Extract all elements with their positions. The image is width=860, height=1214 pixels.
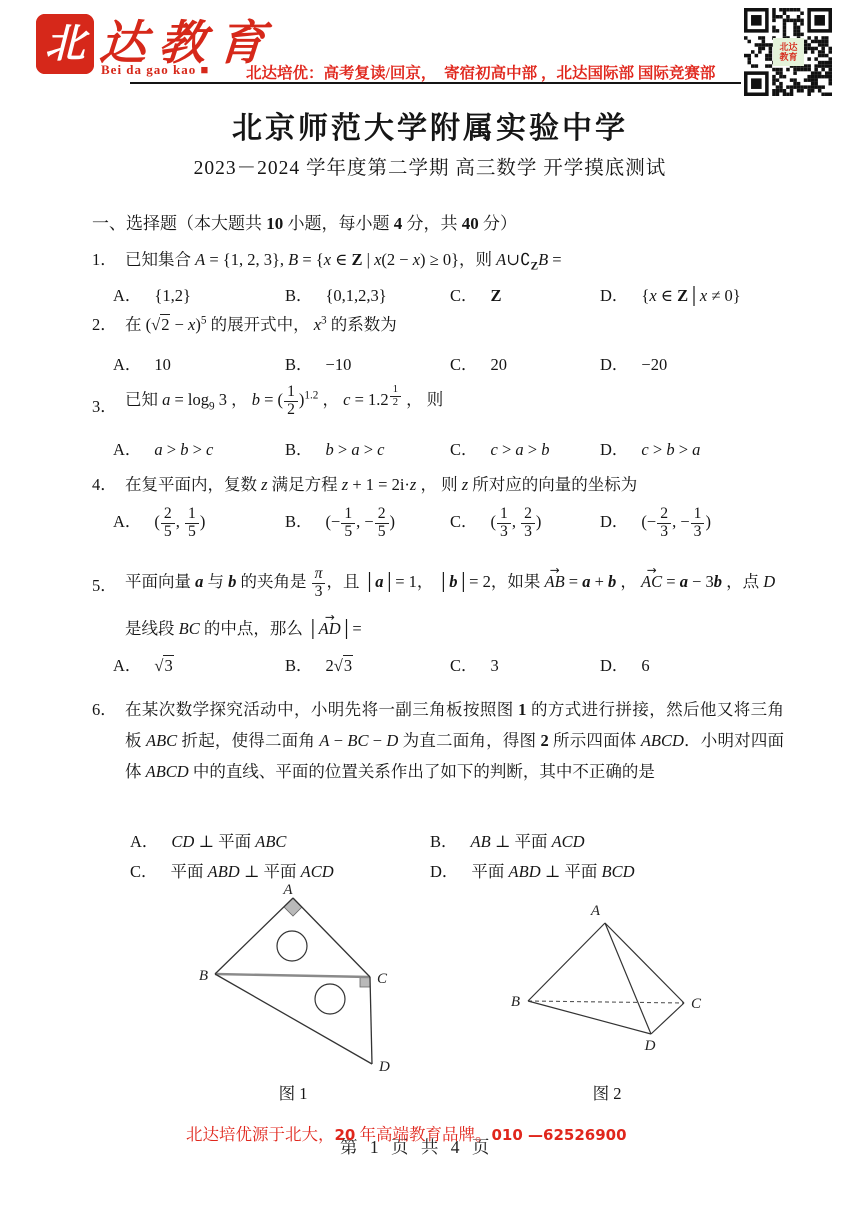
question-stem: 已知集合 A = {1, 2, 3}, B = {x ∈ Z | x(2 − x…: [92, 247, 784, 276]
option-label: B．: [285, 286, 313, 305]
option-label: D．: [600, 656, 628, 675]
option-text: (25, 15): [154, 512, 205, 531]
option-text: (−15, −25): [326, 512, 396, 531]
option-text: √3: [154, 655, 173, 675]
question-number: 6．: [92, 694, 117, 725]
vertex-label-c: C: [377, 971, 388, 987]
option-d: D．−20: [600, 351, 667, 375]
school-title: 北京师范大学附属实验中学: [0, 103, 860, 147]
option-d: D．{x ∈ Z│x ≠ 0}: [600, 282, 741, 306]
option-c: C．20: [450, 351, 507, 375]
option-b: B．−10: [285, 351, 351, 375]
vertex-label-c: C: [691, 996, 702, 1012]
option-c: C．c > a > b: [450, 436, 549, 460]
qr-label-line2: 教育: [779, 52, 797, 62]
question-stem: 在某次数学探究活动中，小明先将一副三角板按照图 1 的方式进行拼接，然后他又将三…: [92, 694, 784, 787]
option-text: {1,2}: [154, 286, 190, 305]
option-label: C．: [450, 512, 478, 531]
option-d: D．6: [600, 652, 650, 676]
brand-seal-logo: 北: [36, 14, 94, 74]
option-text: 10: [154, 355, 171, 374]
question-2-options: A．10 B．−10 C．20 D．−20: [92, 351, 802, 385]
option-label: D．: [600, 512, 628, 531]
option-label: A．: [113, 286, 141, 305]
question-1-options: A．{1,2} B．{0,1,2,3} C．Z D．{x ∈ Z│x ≠ 0}: [92, 282, 802, 316]
option-label: C．: [130, 862, 158, 881]
option-text: b > a > c: [326, 440, 385, 459]
option-d: D．c > b > a: [600, 436, 700, 460]
option-label: D．: [600, 440, 628, 459]
option-label: A．: [113, 355, 141, 374]
seal-character: 北: [45, 24, 85, 64]
question-2: 2． 在 (√2 − x)5 的展开式中， x3 的系数为: [92, 312, 784, 338]
vertex-label-a: A: [282, 883, 293, 898]
option-a: A．{1,2}: [113, 282, 191, 306]
question-3: 3． 已知 a = log9 3 ， b = (12)1.2 ， c = 1.2…: [92, 384, 784, 419]
option-d: D．平面 ABD ⊥ 平面 BCD: [430, 858, 635, 882]
vertex-label-a: A: [590, 903, 601, 919]
qr-label-line1: 北达: [779, 42, 797, 52]
option-label: A．: [113, 512, 141, 531]
option-label: B．: [285, 355, 313, 374]
exam-subtitle: 2023－2024 学年度第二学期 高三数学 开学摸底测试: [0, 152, 860, 180]
vertex-label-b: B: [199, 968, 208, 984]
option-text: Z: [491, 286, 502, 305]
figure-1-triangles: A B C D: [150, 883, 460, 1078]
option-b: B．{0,1,2,3}: [285, 282, 387, 306]
option-a: A．(25, 15): [113, 506, 205, 541]
option-text: {0,1,2,3}: [326, 286, 387, 305]
question-4: 4． 在复平面内，复数 z 满足方程 z + 1 = 2i·z ， 则 z 所对…: [92, 472, 784, 498]
option-label: B．: [285, 440, 313, 459]
option-text: 2√3: [326, 655, 354, 675]
question-1: 1． 已知集合 A = {1, 2, 3}, B = {x ∈ Z | x(2 …: [92, 247, 784, 276]
option-text: 20: [491, 355, 508, 374]
option-text: {x ∈ Z│x ≠ 0}: [641, 286, 740, 305]
header-promo-text: 北达培优：高考复读/回京， 寄宿初高中部 ，北达国际部 国际竞赛部: [246, 61, 746, 83]
option-text: c > b > a: [641, 440, 700, 459]
question-number: 1．: [92, 247, 117, 273]
option-label: D．: [600, 355, 628, 374]
option-label: A．: [113, 440, 141, 459]
option-text: a > b > c: [154, 440, 213, 459]
option-label: B．: [430, 832, 458, 851]
footer-promo-text: 北达培优源于北大，20 年高端教育品牌。010 —62526900: [186, 1121, 627, 1145]
question-stem: 平面向量 a 与 b 的夹角是 π3，且 │a│= 1， │b│= 2，如果 →…: [92, 566, 784, 601]
question-stem: 已知 a = log9 3 ， b = (12)1.2 ， c = 1.212 …: [92, 384, 784, 419]
option-label: B．: [285, 656, 313, 675]
question-4-options: A．(25, 15) B．(−15, −25) C．(13, 23) D．(−2…: [92, 506, 802, 540]
option-label: A．: [130, 832, 158, 851]
option-d: D．(−23, −13): [600, 506, 711, 541]
option-a: A．a > b > c: [113, 436, 213, 460]
question-6: 6． 在某次数学探究活动中，小明先将一副三角板按照图 1 的方式进行拼接，然后他…: [92, 694, 784, 787]
option-text: AB ⊥ 平面 ACD: [471, 832, 585, 851]
question-5: 5． 平面向量 a 与 b 的夹角是 π3，且 │a│= 1， │b│= 2，如…: [92, 566, 784, 601]
option-label: B．: [285, 512, 313, 531]
option-text: 3: [491, 656, 499, 675]
vertex-label-d: D: [378, 1059, 390, 1075]
qr-center-label: 北达 教育: [773, 38, 804, 66]
option-c: C．平面 ABD ⊥ 平面 ACD: [130, 858, 334, 882]
option-label: C．: [450, 286, 478, 305]
option-text: 平面 ABD ⊥ 平面 ACD: [171, 862, 334, 881]
figure-2-tetrahedron: A B C D: [490, 895, 720, 1060]
figure-1-caption: 图 1: [248, 1080, 338, 1104]
option-label: C．: [450, 656, 478, 675]
question-stem: 在复平面内，复数 z 满足方程 z + 1 = 2i·z ， 则 z 所对应的向…: [92, 472, 784, 498]
question-5-line2: 是线段 BC 的中点，那么 │→AD│=: [92, 615, 784, 642]
vertex-label-b: B: [511, 994, 520, 1010]
question-5-options: A．√3 B．2√3 C．3 D．6: [92, 652, 802, 686]
option-label: D．: [600, 286, 628, 305]
option-text: c > a > b: [491, 440, 550, 459]
option-b: B．(−15, −25): [285, 506, 395, 541]
option-c: C．(13, 23): [450, 506, 541, 541]
option-b: B．AB ⊥ 平面 ACD: [430, 828, 585, 852]
exam-page: 北 达教育 Bei da gao kao ■ 北达培优：高考复读/回京， 寄宿初…: [0, 0, 860, 1214]
question-6-options-row1: A．CD ⊥ 平面 ABC B．AB ⊥ 平面 ACD: [92, 828, 802, 862]
option-c: C．Z: [450, 282, 502, 306]
option-b: B．2√3: [285, 652, 353, 676]
option-text: 6: [641, 656, 649, 675]
option-text: (−23, −13): [641, 512, 711, 531]
option-a: A．√3: [113, 652, 174, 676]
option-c: C．3: [450, 652, 499, 676]
option-b: B．b > a > c: [285, 436, 384, 460]
question-number: 3．: [92, 394, 117, 420]
option-text: CD ⊥ 平面 ABC: [171, 832, 286, 851]
option-a: A．10: [113, 351, 171, 375]
option-text: −10: [326, 355, 352, 374]
question-stem: 在 (√2 − x)5 的展开式中， x3 的系数为: [92, 312, 784, 338]
option-label: D．: [430, 862, 458, 881]
question-number: 4．: [92, 472, 117, 498]
option-text: 平面 ABD ⊥ 平面 BCD: [471, 862, 634, 881]
question-number: 5．: [92, 573, 117, 599]
option-text: −20: [641, 355, 667, 374]
section-heading: 一、选择题（本大题共 10 小题，每小题 4 分，共 40 分）: [92, 209, 792, 234]
question-number: 2．: [92, 312, 117, 338]
question-3-options: A．a > b > c B．b > a > c C．c > a > b D．c …: [92, 436, 802, 470]
option-a: A．CD ⊥ 平面 ABC: [130, 828, 286, 852]
option-label: C．: [450, 355, 478, 374]
option-label: A．: [113, 656, 141, 675]
question-stem-continued: 是线段 BC 的中点，那么 │→AD│=: [92, 615, 784, 642]
brand-tagline: Bei da gao kao ■: [101, 62, 209, 78]
option-label: C．: [450, 440, 478, 459]
header-divider: [130, 82, 741, 84]
vertex-label-d: D: [644, 1038, 656, 1054]
option-text: (13, 23): [491, 512, 542, 531]
figure-2-caption: 图 2: [562, 1080, 652, 1104]
